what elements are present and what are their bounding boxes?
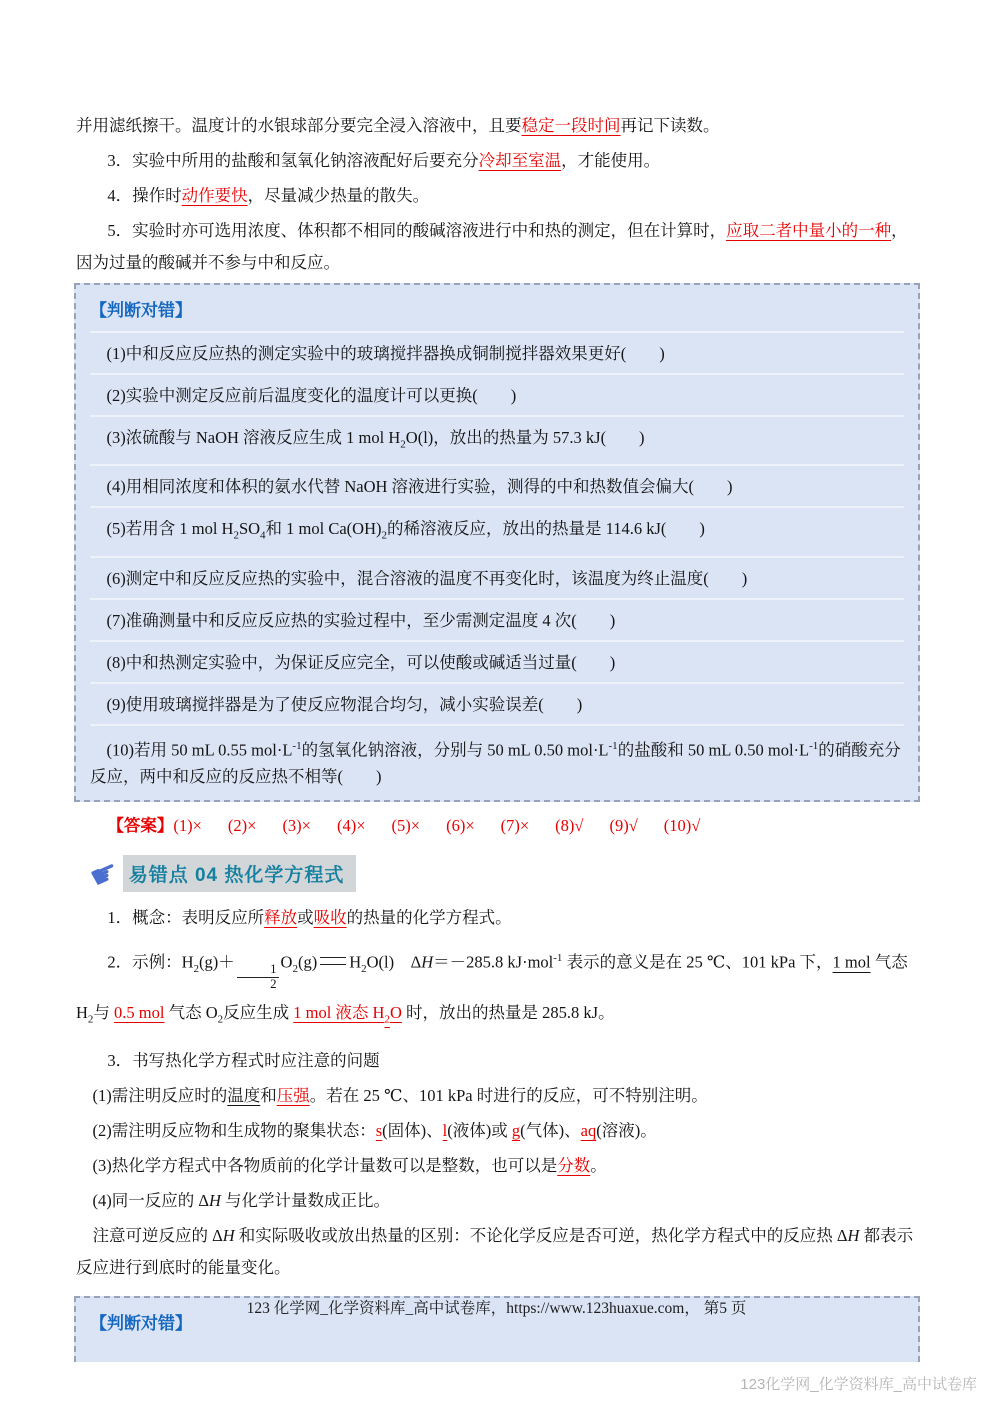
rule-4-paragraph: (4)同一反应的 ΔH 与化学计量数成正比。: [76, 1185, 920, 1217]
paragraph-step-5: 5．实验时亦可选用浓度、体积都不相同的酸碱溶液进行中和热的测定，但在计算时，应取…: [76, 215, 920, 279]
paragraph-step-4: 4．操作时动作要快，尽量减少热量的散失。: [76, 180, 920, 212]
judge-item: (2)实验中测定反应前后温度变化的温度计可以更换( ): [90, 375, 904, 417]
judge-item: (5)若用含 1 mol H2SO4和 1 mol Ca(OH)2的稀溶液反应，…: [90, 508, 904, 557]
judge-item: (10)若用 50 mL 0.55 mol·L-1的氢氧化钠溶液，分别与 50 …: [90, 726, 904, 797]
rule-3-paragraph: (3)热化学方程式中各物质前的化学计量数可以是整数，也可以是分数。: [76, 1150, 920, 1182]
answer-mark: (2)×: [228, 816, 257, 835]
judge-box-title: 【判断对错】: [90, 293, 904, 333]
answers-line: 【答案】(1)×(2)×(3)×(4)×(5)×(6)×(7)×(8)√(9)√…: [76, 811, 920, 841]
rule-2-paragraph: (2)需注明反应物和生成物的聚集状态：s(固体)、l(液体)或 g(气体)、aq…: [76, 1115, 920, 1147]
site-watermark: 123化学网_化学资料库_高中试卷库: [740, 1373, 977, 1394]
answers-label: 【答案】: [107, 816, 173, 835]
judge-item: (8)中和热测定实验中，为保证反应完全，可以使酸或碱适当过量( ): [90, 642, 904, 684]
judge-item: (1)中和反应反应热的测定实验中的玻璃搅拌器换成铜制搅拌器效果更好( ): [90, 333, 904, 375]
section-title: 易错点 04 热化学方程式: [123, 855, 357, 892]
example-paragraph: 2．示例：H2(g)＋12O2(g)H2O(l) ΔH＝－285.8 kJ·mo…: [76, 937, 920, 1042]
judge-item: (9)使用玻璃搅拌器是为了使反应物混合均匀，减小实验误差( ): [90, 684, 904, 726]
section-header: ☛ 易错点 04 热化学方程式: [90, 855, 920, 892]
caution-paragraph: 注意可逆反应的 ΔH 和实际吸收或放出热量的区别：不论化学反应是否可逆，热化学方…: [76, 1220, 920, 1284]
answer-mark: (9)√: [609, 816, 637, 835]
answer-mark: (5)×: [392, 816, 421, 835]
pointing-hand-icon: ☛: [85, 853, 124, 894]
rule-1-paragraph: (1)需注明反应时的温度和压强。若在 25 ℃、101 kPa 时进行的反应，可…: [76, 1080, 920, 1112]
page-content: 并用滤纸擦干。温度计的水银球部分要完全浸入溶液中，且要稳定一段时间再记下读数。 …: [76, 110, 920, 1370]
judge-item: (6)测定中和反应反应热的实验中，混合溶液的温度不再变化时，该温度为终止温度( …: [90, 558, 904, 600]
answer-mark: (4)×: [337, 816, 366, 835]
answer-mark: (6)×: [446, 816, 475, 835]
paragraph-step-3: 3．实验中所用的盐酸和氢氧化钠溶液配好后要充分冷却至室温，才能使用。: [76, 145, 920, 177]
judge-box-items: (1)中和反应反应热的测定实验中的玻璃搅拌器换成铜制搅拌器效果更好( )(2)实…: [90, 333, 904, 796]
answer-mark: (7)×: [501, 816, 530, 835]
answer-mark: (3)×: [282, 816, 311, 835]
judge-item: (4)用相同浓度和体积的氨水代替 NaOH 溶液进行实验，测得的中和热数值会偏大…: [90, 466, 904, 508]
page-footer: 123 化学网_化学资料库_高中试卷库，https://www.123huaxu…: [0, 1296, 993, 1318]
answers-marks: (1)×(2)×(3)×(4)×(5)×(6)×(7)×(8)√(9)√(10)…: [173, 816, 700, 835]
answer-mark: (1)×: [173, 816, 202, 835]
judge-true-false-box-1: 【判断对错】 (1)中和反应反应热的测定实验中的玻璃搅拌器换成铜制搅拌器效果更好…: [74, 283, 920, 802]
double-line-equals: [320, 957, 346, 965]
answer-mark: (8)√: [555, 816, 583, 835]
fraction: 12: [237, 963, 279, 991]
document-page: 并用滤纸擦干。温度计的水银球部分要完全浸入溶液中，且要稳定一段时间再记下读数。 …: [0, 0, 993, 1404]
writing-rules-heading: 3．书写热化学方程式时应注意的问题: [76, 1045, 920, 1077]
judge-item: (3)浓硫酸与 NaOH 溶液反应生成 1 mol H2O(l)，放出的热量为 …: [90, 417, 904, 466]
judge-item: (7)准确测量中和反应反应热的实验过程中，至少需测定温度 4 次( ): [90, 600, 904, 642]
concept-paragraph: 1．概念：表明反应所释放或吸收的热量的化学方程式。: [76, 902, 920, 934]
answer-mark: (10)√: [664, 816, 701, 835]
paragraph-continuation: 并用滤纸擦干。温度计的水银球部分要完全浸入溶液中，且要稳定一段时间再记下读数。: [76, 110, 920, 142]
